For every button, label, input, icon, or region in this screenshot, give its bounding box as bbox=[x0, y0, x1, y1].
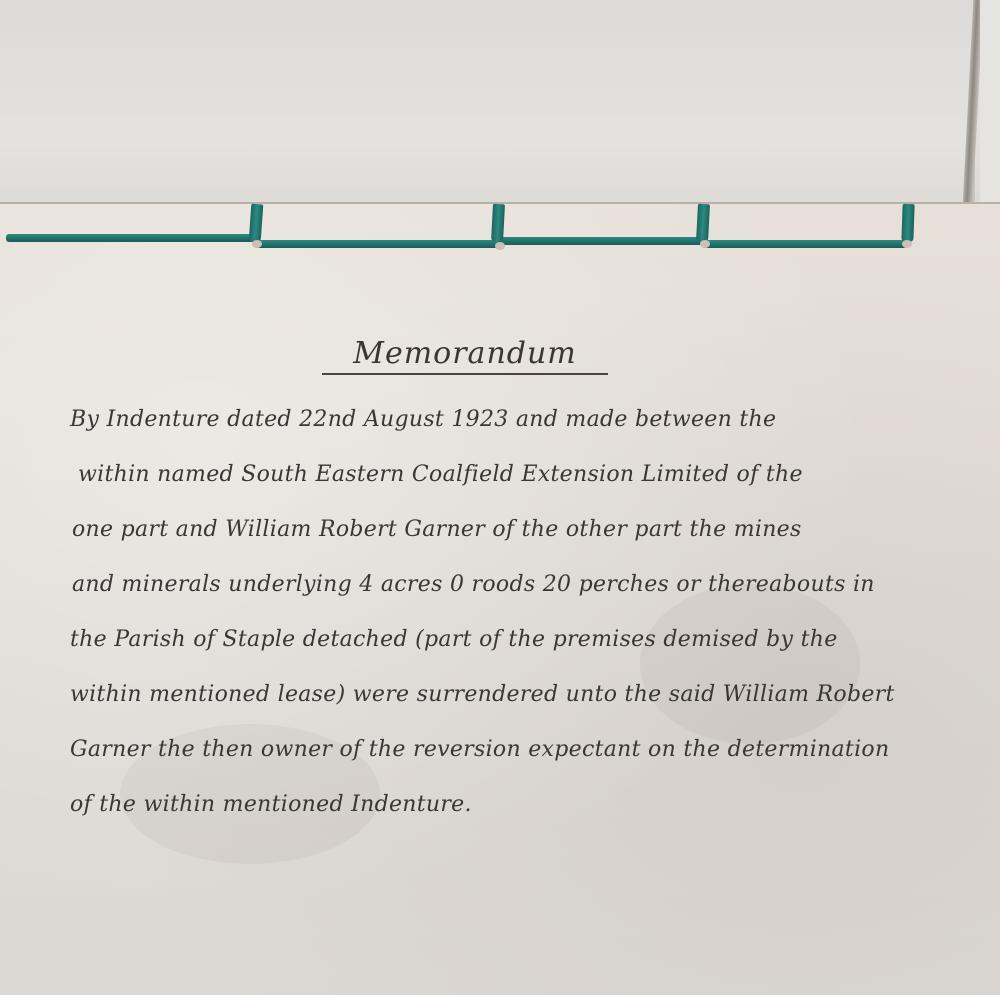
ribbon-knot bbox=[902, 240, 912, 248]
green-ribbon-binding bbox=[0, 204, 1000, 264]
frame-right-panel bbox=[980, 0, 1000, 210]
ribbon-knot bbox=[495, 242, 505, 250]
ribbon-segment bbox=[6, 234, 258, 242]
body-line: the Parish of Staple detached (part of t… bbox=[70, 612, 950, 667]
ribbon-tab bbox=[696, 204, 710, 243]
backdrop-surface bbox=[0, 0, 1000, 210]
body-line: one part and William Robert Garner of th… bbox=[70, 502, 950, 557]
photo-scene: Memorandum By Indenture dated 22nd Augus… bbox=[0, 0, 1000, 995]
memorandum-title: Memorandum bbox=[322, 336, 608, 375]
body-line: and minerals underlying 4 acres 0 roods … bbox=[70, 557, 950, 612]
body-line: By Indenture dated 22nd August 1923 and … bbox=[70, 392, 950, 447]
body-line: Garner the then owner of the reversion e… bbox=[70, 722, 950, 777]
ribbon-segment bbox=[255, 240, 500, 248]
ribbon-segment bbox=[702, 240, 907, 248]
body-line: within mentioned lease) were surrendered… bbox=[70, 667, 950, 722]
body-line: within named South Eastern Coalfield Ext… bbox=[70, 447, 950, 502]
ribbon-tab bbox=[901, 204, 914, 242]
ribbon-knot bbox=[252, 240, 262, 248]
ribbon-tab bbox=[249, 204, 264, 243]
memorandum-document: Memorandum By Indenture dated 22nd Augus… bbox=[0, 202, 1000, 995]
ribbon-knot bbox=[700, 240, 710, 248]
ribbon-segment bbox=[498, 237, 703, 245]
body-line: of the within mentioned Indenture. bbox=[70, 777, 950, 832]
ribbon-tab bbox=[491, 204, 505, 243]
memorandum-body: By Indenture dated 22nd August 1923 and … bbox=[70, 392, 950, 832]
backdrop-sheet bbox=[0, 0, 975, 205]
